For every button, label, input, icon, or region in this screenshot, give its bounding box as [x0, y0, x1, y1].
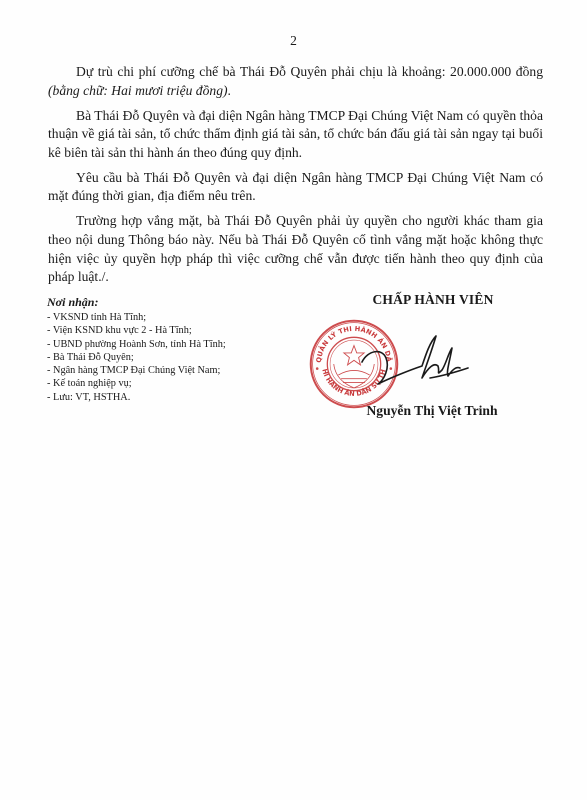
paragraph-asset-agreement: Bà Thái Đỗ Quyên và đại diện Ngân hàng T…	[48, 107, 543, 163]
recipients-list: Nơi nhận: - VKSND tỉnh Hà Tĩnh;- Viện KS…	[47, 295, 307, 404]
recipient-item: - Viện KSND khu vực 2 - Hà Tĩnh;	[47, 324, 307, 337]
recipient-item: - VKSND tỉnh Hà Tĩnh;	[47, 311, 307, 324]
recipients-title: Nơi nhận:	[47, 295, 307, 310]
paragraph-absence-clause: Trường hợp vắng mặt, bà Thái Đỗ Quyên ph…	[48, 212, 543, 286]
signature-block: CHẤP HÀNH VIÊN CỤC QUẢN LÝ THI HÀNH ÁN D…	[300, 288, 560, 438]
paragraph-attendance-request: Yêu cầu bà Thái Đỗ Quyên và đại diện Ngâ…	[48, 169, 543, 206]
handwritten-signature-icon	[360, 332, 470, 392]
signer-title: CHẤP HÀNH VIÊN	[345, 292, 521, 308]
amount-in-words: (bằng chữ: Hai mươi triệu đồng)	[48, 83, 228, 98]
document-body: Dự trù chi phí cưỡng chế bà Thái Đỗ Quyê…	[48, 63, 543, 293]
recipient-item: - Ngân hàng TMCP Đại Chúng Việt Nam;	[47, 364, 307, 377]
recipient-items: - VKSND tỉnh Hà Tĩnh;- Viện KSND khu vực…	[47, 311, 307, 404]
document-page: 2 Dự trù chi phí cưỡng chế bà Thái Đỗ Qu…	[0, 0, 587, 800]
recipient-item: - Lưu: VT, HSTHA.	[47, 391, 307, 404]
page-number: 2	[0, 33, 587, 49]
signer-name: Nguyễn Thị Việt Trinh	[337, 403, 527, 419]
paragraph-cost-estimate: Dự trù chi phí cưỡng chế bà Thái Đỗ Quyê…	[48, 63, 543, 100]
recipient-item: - Bà Thái Đỗ Quyên;	[47, 351, 307, 364]
recipient-item: - Kế toán nghiệp vụ;	[47, 377, 307, 390]
recipient-item: - UBND phường Hoành Sơn, tỉnh Hà Tĩnh;	[47, 338, 307, 351]
